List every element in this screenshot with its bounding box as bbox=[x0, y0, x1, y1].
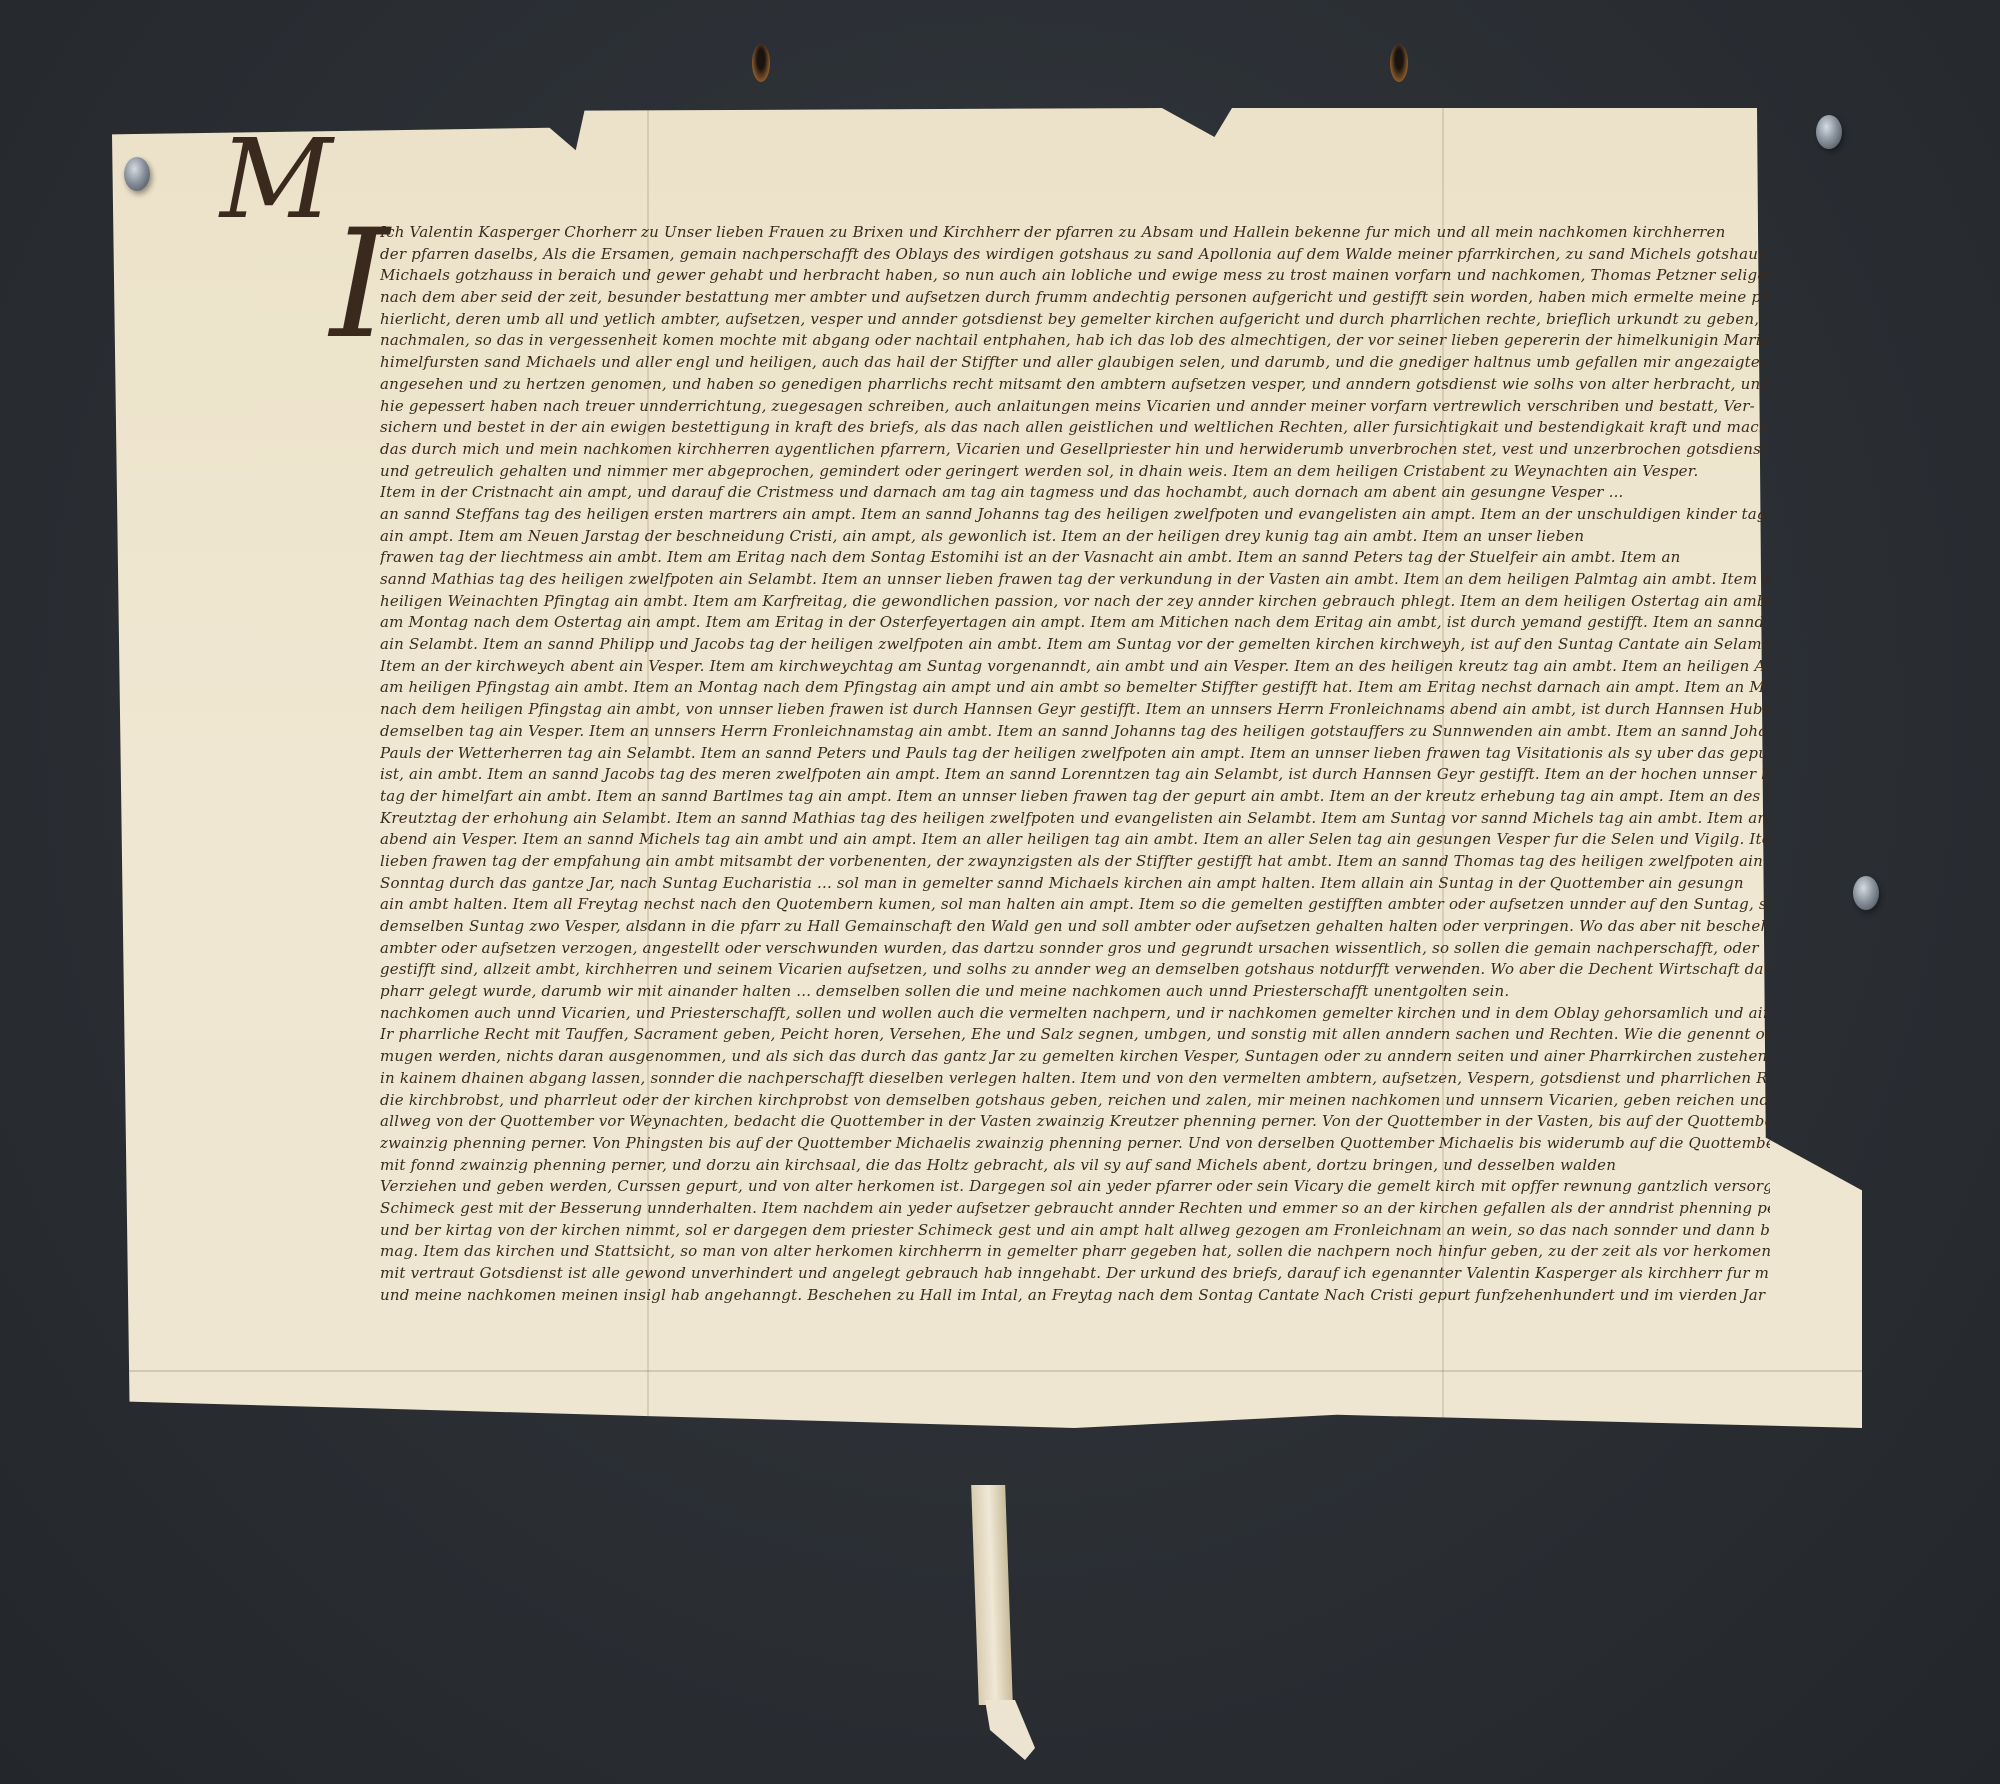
text-line: heiligen Weinachten Pfingtag ain ambt. I… bbox=[380, 591, 1770, 613]
fold-line bbox=[112, 1370, 1862, 1372]
hanging-hole-left bbox=[752, 44, 770, 82]
text-line: und ber kirtag von der kirchen nimmt, so… bbox=[380, 1220, 1770, 1242]
text-line: in kainem dhainen abgang lassen, sonnder… bbox=[380, 1068, 1770, 1090]
text-line: nachmalen, so das in vergessenheit komen… bbox=[380, 330, 1770, 352]
text-line: Verziehen und geben werden, Curssen gepu… bbox=[380, 1176, 1770, 1198]
text-line: nach dem aber seid der zeit, besunder be… bbox=[380, 287, 1770, 309]
text-line: pharr gelegt wurde, darumb wir mit ainan… bbox=[380, 981, 1770, 1003]
text-line: frawen tag der liechtmess ain ambt. Item… bbox=[380, 547, 1770, 569]
text-line: Ir pharrliche Recht mit Tauffen, Sacrame… bbox=[380, 1024, 1770, 1046]
text-line: gestifft sind, allzeit ambt, kirchherren… bbox=[380, 959, 1770, 981]
text-line: Pauls der Wetterherren tag ain Selambt. … bbox=[380, 743, 1770, 765]
charter-text: Ich Valentin Kasperger Chorherr zu Unser… bbox=[380, 222, 1770, 1306]
text-line: und meine nachkomen meinen insigl hab an… bbox=[380, 1285, 1770, 1307]
text-line: hierlicht, deren umb all und yetlich amb… bbox=[380, 309, 1770, 331]
text-line: sannd Mathias tag des heiligen zwelfpote… bbox=[380, 569, 1770, 591]
text-line: himelfursten sand Michaels und aller eng… bbox=[380, 352, 1770, 374]
hanging-hole-right bbox=[1390, 44, 1408, 82]
text-line: allweg von der Quottember vor Weynachten… bbox=[380, 1111, 1770, 1133]
text-line: Ich Valentin Kasperger Chorherr zu Unser… bbox=[380, 222, 1770, 244]
text-line: angesehen und zu hertzen genomen, und ha… bbox=[380, 374, 1770, 396]
text-line: das durch mich und mein nachkomen kirchh… bbox=[380, 439, 1770, 461]
text-line: Item an der kirchweych abent ain Vesper.… bbox=[380, 656, 1770, 678]
text-line: am Montag nach dem Ostertag ain ampt. It… bbox=[380, 612, 1770, 634]
text-line: Sonntag durch das gantze Jar, nach Sunta… bbox=[380, 873, 1770, 895]
mounting-pin-icon bbox=[1816, 115, 1842, 149]
text-line: lieben frawen tag der empfahung ain ambt… bbox=[380, 851, 1770, 873]
text-line: Kreutztag der erhohung ain Selambt. Item… bbox=[380, 808, 1770, 830]
text-line: abend ain Vesper. Item an sannd Michels … bbox=[380, 829, 1770, 851]
text-line: und getreulich gehalten und nimmer mer a… bbox=[380, 461, 1770, 483]
text-line: die kirchbrobst, und pharrleut oder der … bbox=[380, 1090, 1770, 1112]
text-line: Michaels gotzhauss in beraich und gewer … bbox=[380, 265, 1770, 287]
text-line: mag. Item das kirchen und Stattsicht, so… bbox=[380, 1241, 1770, 1263]
text-line: hie gepessert haben nach treuer unnderri… bbox=[380, 396, 1770, 418]
text-line: an sannd Steffans tag des heiligen erste… bbox=[380, 504, 1770, 526]
text-line: der pfarren daselbs, Als die Ersamen, ge… bbox=[380, 244, 1770, 266]
text-line: demselben tag ain Vesper. Item an unnser… bbox=[380, 721, 1770, 743]
text-line: mugen werden, nichts daran ausgenommen, … bbox=[380, 1046, 1770, 1068]
text-line: Item in der Cristnacht ain ampt, und dar… bbox=[380, 482, 1770, 504]
text-line: am heiligen Pfingstag ain ambt. Item an … bbox=[380, 677, 1770, 699]
text-line: nach dem heiligen Pfingstag ain ambt, vo… bbox=[380, 699, 1770, 721]
text-line: nachkomen auch unnd Vicarien, und Priest… bbox=[380, 1003, 1770, 1025]
text-line: ain ampt. Item am Neuen Jarstag der besc… bbox=[380, 526, 1770, 548]
text-line: tag der himelfart ain ambt. Item an sann… bbox=[380, 786, 1770, 808]
text-line: ain ambt halten. Item all Freytag nechst… bbox=[380, 894, 1770, 916]
mounting-pin-icon bbox=[1853, 876, 1879, 910]
text-line: Schimeck gest mit der Besserung unnderha… bbox=[380, 1198, 1770, 1220]
mounting-pin-icon bbox=[124, 157, 150, 191]
text-line: demselben Suntag zwo Vesper, alsdann in … bbox=[380, 916, 1770, 938]
text-line: sichern und bestet in der ain ewigen bes… bbox=[380, 417, 1770, 439]
text-line: ambter oder aufsetzen verzogen, angestel… bbox=[380, 938, 1770, 960]
text-line: zwainzig phenning perner. Von Phingsten … bbox=[380, 1133, 1770, 1155]
text-line: mit vertraut Gotsdienst ist alle gewond … bbox=[380, 1263, 1770, 1285]
text-line: ain Selambt. Item an sannd Philipp und J… bbox=[380, 634, 1770, 656]
decorative-initial-flourish: M bbox=[220, 115, 333, 243]
text-line: mit fonnd zwainzig phenning perner, und … bbox=[380, 1155, 1770, 1177]
text-line: ist, ain ambt. Item an sannd Jacobs tag … bbox=[380, 764, 1770, 786]
